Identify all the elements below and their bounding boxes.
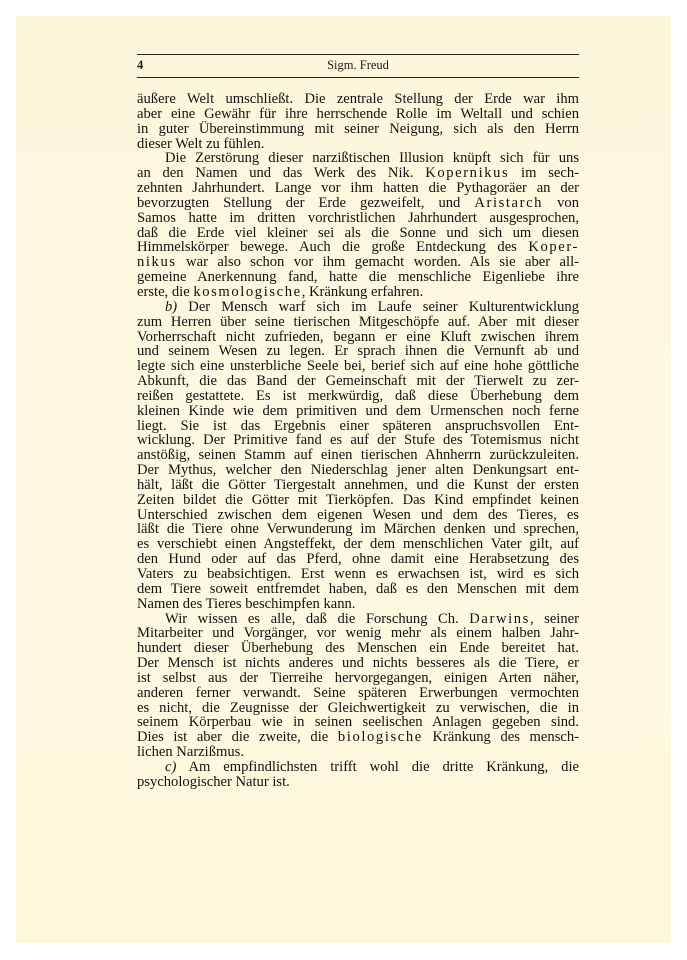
text-line: legte sich eine unsterbliche Seele bei, … — [137, 359, 579, 374]
text-line: Wir wissen es alle, daß die Forschung Ch… — [137, 612, 579, 627]
text-line: psychologischer Natur ist. — [137, 775, 579, 790]
text-line: Dies ist aber die zweite, die biologisch… — [137, 730, 579, 745]
text-line: Himmelskörper bewege. Auch die große Ent… — [137, 240, 579, 255]
text-line: dem Tiere soweit entfremdet haben, daß e… — [137, 582, 579, 597]
text-line: und seinem Wesen zu legen. Er sprach ihn… — [137, 344, 579, 359]
text-line: Der Mythus, welcher den Niederschlag jen… — [137, 463, 579, 478]
running-title: Sigm. Freud — [137, 58, 579, 73]
text-line: liegt. Sie ist das Ergebnis einer später… — [137, 419, 579, 434]
emphasized-term: kosmologische — [193, 284, 301, 300]
text-line: Unterschied zwischen dem eigenen Wesen u… — [137, 508, 579, 523]
text-line: hundert dieser Überhebung des Menschen e… — [137, 641, 579, 656]
emphasized-term: biologische — [338, 729, 423, 745]
emphasized-term: Darwins — [469, 611, 530, 627]
book-page: 4 Sigm. Freud äußere Welt umschließt. Di… — [16, 16, 671, 943]
text-line: Vaters zu beabsichtigen. Erst wenn es er… — [137, 567, 579, 582]
text-line: erste, die kosmologische, Kränkung erfah… — [137, 285, 579, 300]
text-line: an den Namen und das Werk des Nik. Koper… — [137, 166, 579, 181]
body-text: äußere Welt umschließt. Die zentrale Ste… — [137, 92, 579, 790]
text-line: reißen gestattete. Es ist merkwürdig, da… — [137, 389, 579, 404]
text-line: anderen ferner verwandt. Seine späteren … — [137, 686, 579, 701]
text-line: b) Der Mensch warf sich im Laufe seiner … — [137, 300, 579, 315]
section-label: c) — [165, 759, 176, 775]
text-line: c) Am empfindlichsten trifft wohl die dr… — [137, 760, 579, 775]
text-line: Zeiten bildet die Götter mit Tierköpfen.… — [137, 493, 579, 508]
emphasized-term: Koper- — [528, 239, 579, 255]
text-line: anstößig, seinen Stamm auf einen tierisc… — [137, 448, 579, 463]
text-line: zum Herren über seine tierischen Mitgesc… — [137, 315, 579, 330]
text-line: Namen des Tieres beschimpfen kann. — [137, 597, 579, 612]
text-line: äußere Welt umschließt. Die zentrale Ste… — [137, 92, 579, 107]
text-line: bevorzugten Stellung der Erde gezweifelt… — [137, 196, 579, 211]
emphasized-term: Aristarch — [474, 195, 543, 211]
running-header: 4 Sigm. Freud — [137, 54, 579, 78]
text-line: Samos hatte im dritten vorchristlichen J… — [137, 211, 579, 226]
text-line: ist selbst aus der Tierreihe hervorgegan… — [137, 671, 579, 686]
text-line: seinem Körperbau wie in seinen seelische… — [137, 715, 579, 730]
text-line: kleinen Kinde wie dem primitiven und dem… — [137, 404, 579, 419]
text-line: nikus war also schon vor ihm gemacht wor… — [137, 255, 579, 270]
text-line: gemeine Anerkennung fand, hatte die mens… — [137, 270, 579, 285]
section-label: b) — [165, 299, 177, 315]
text-line: wicklung. Der Primitive fand es auf der … — [137, 433, 579, 448]
text-line: Abkunft, die das Band der Gemeinschaft m… — [137, 374, 579, 389]
emphasized-term: Kopernikus — [425, 165, 509, 181]
text-line: aber eine Gewähr für ihre herrschende Ro… — [137, 107, 579, 122]
text-line: lichen Narzißmus. — [137, 745, 579, 760]
text-line: es verschiebt einen Angsteffekt, der dem… — [137, 537, 579, 552]
text-line: Die Zerstörung dieser narzißtischen Illu… — [137, 151, 579, 166]
text-line: läßt die Tiere ohne Verwunderung im Märc… — [137, 522, 579, 537]
text-line: Mitarbeiter und Vorgänger, vor wenig meh… — [137, 626, 579, 641]
text-line: Vorherrschaft nicht zufrieden, begann er… — [137, 330, 579, 345]
text-line: daß die Erde viel kleiner sei als die So… — [137, 226, 579, 241]
text-line: Der Mensch ist nichts anderes und nichts… — [137, 656, 579, 671]
text-line: dieser Welt zu fühlen. — [137, 137, 579, 152]
emphasized-term: nikus — [137, 254, 177, 270]
text-line: den Hund oder auf das Pferd, ohne damit … — [137, 552, 579, 567]
text-line: hält, läßt die Götter Tiergestalt annehm… — [137, 478, 579, 493]
text-line: es nicht, die Zeugnisse der Gleichwertig… — [137, 701, 579, 716]
text-line: in guter Übereinstimmung mit seiner Neig… — [137, 122, 579, 137]
text-line: zehnten Jahrhundert. Lange vor ihm hatte… — [137, 181, 579, 196]
